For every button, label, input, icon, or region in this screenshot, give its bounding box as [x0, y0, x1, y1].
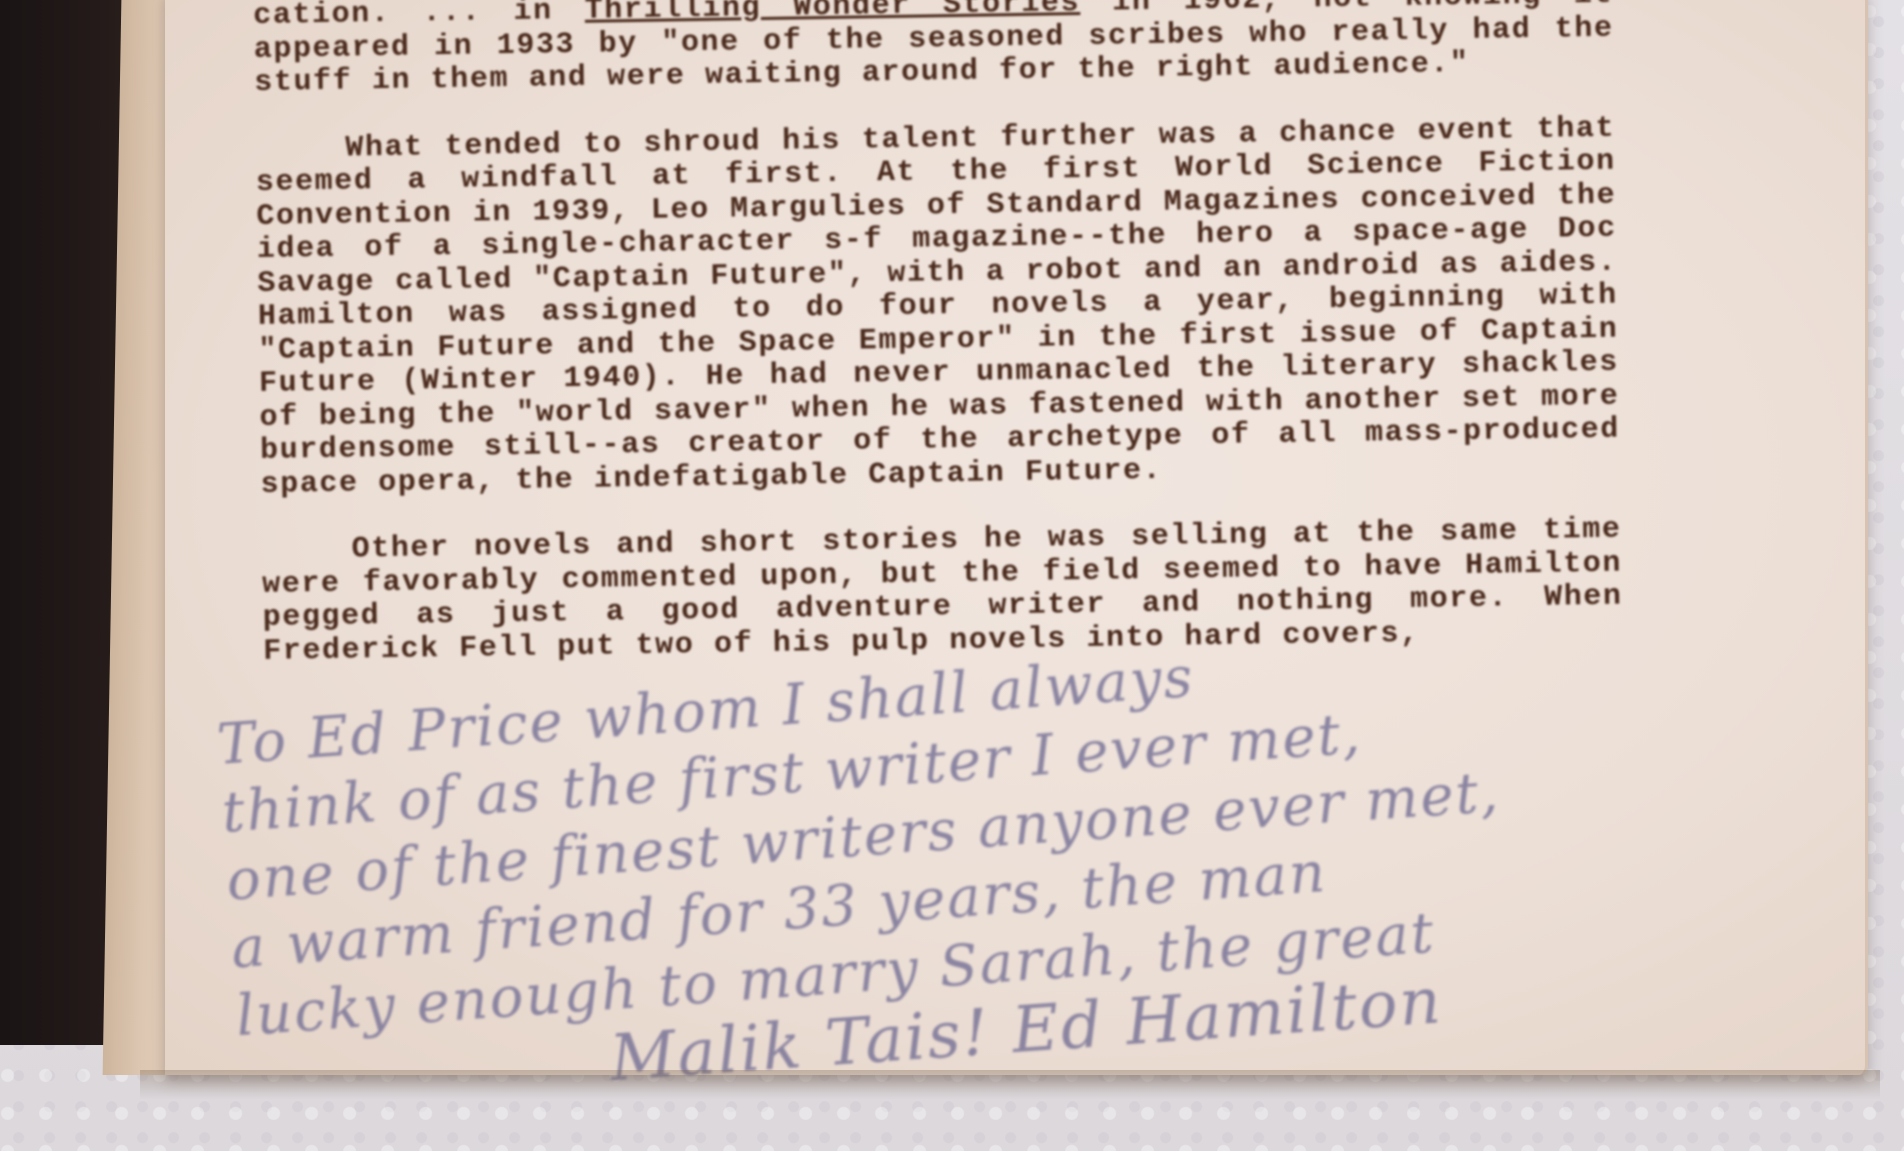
paragraph-1: cation. ... in Thrilling Wonder Stories … [253, 0, 1614, 100]
paragraph-2: What tended to shroud his talent further… [255, 112, 1621, 502]
typed-text: cation. ... in Thrilling Wonder Stories … [253, 0, 1624, 702]
page-shadow [140, 1070, 1880, 1100]
